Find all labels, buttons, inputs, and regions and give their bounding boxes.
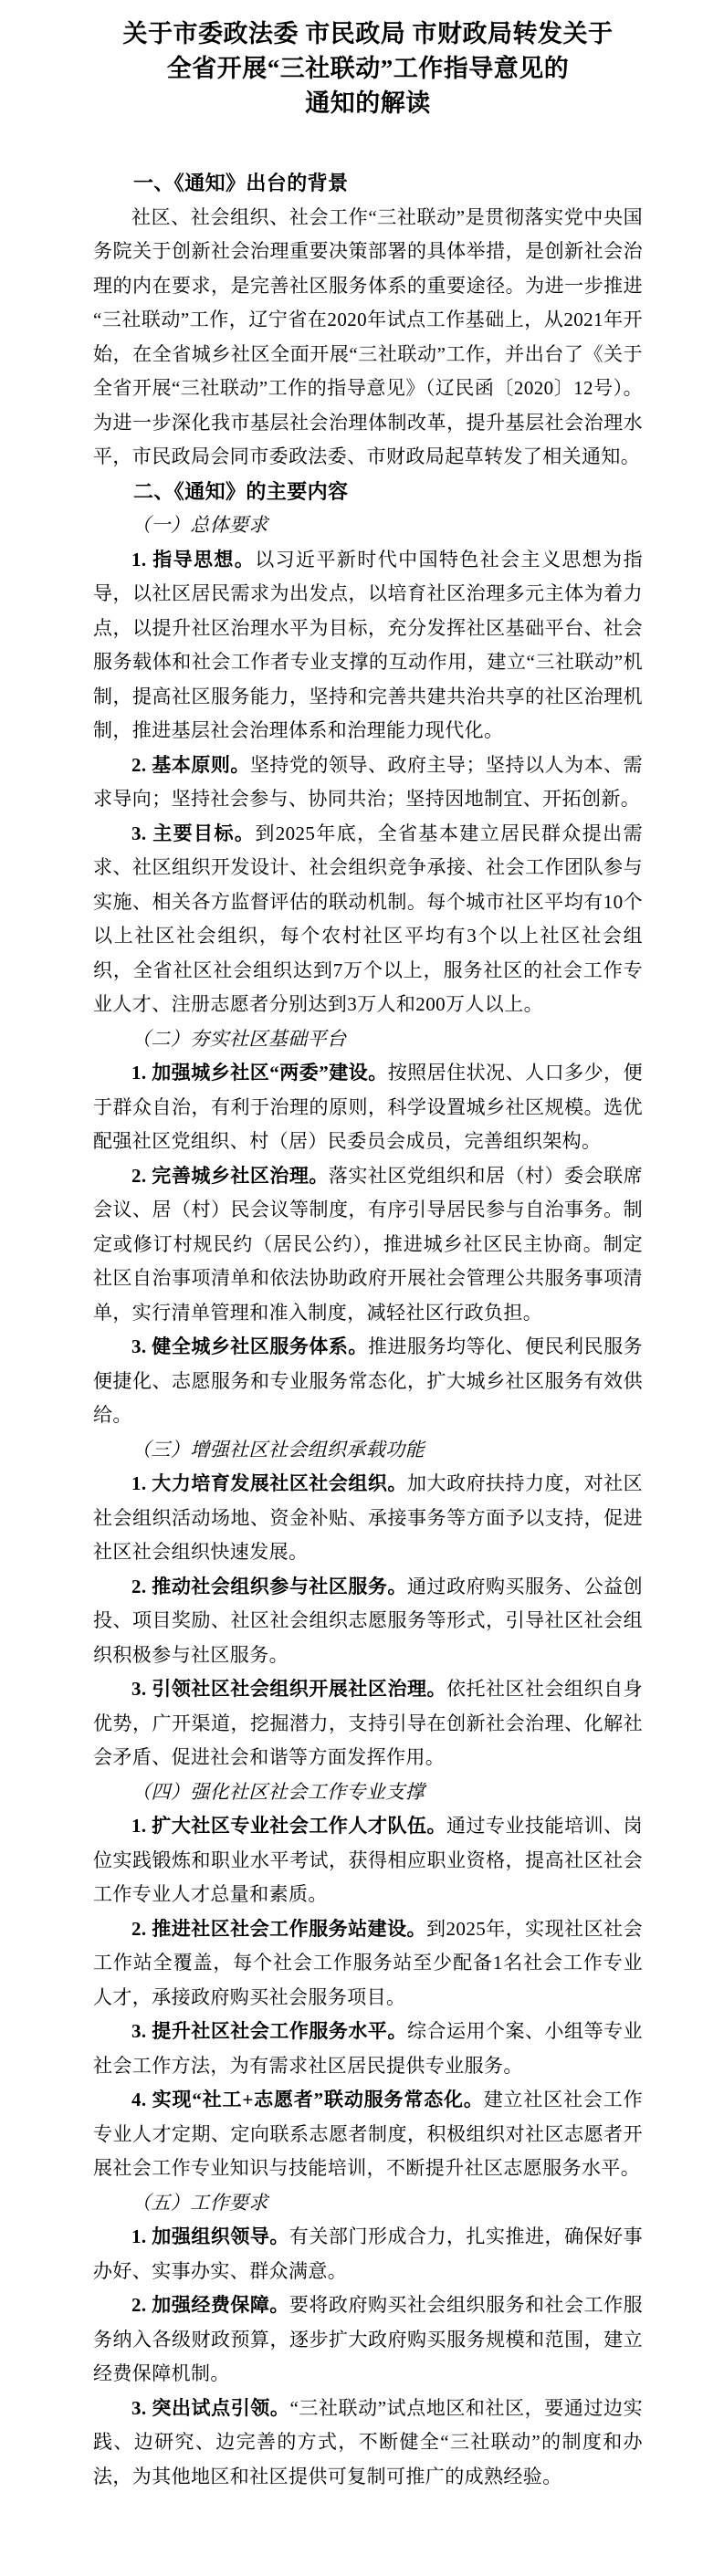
paragraph-lead: 1. 加强组织领导。: [131, 2225, 289, 2247]
paragraph-text: 以习近平新时代中国特色社会主义思想为指导，以社区居民需求为出发点，以培育社区治理…: [93, 549, 643, 742]
paragraph-text: 到2025年底，全省基本建立居民群众提出需求、社区组织开发设计、社会组织竞争承接…: [93, 822, 643, 1016]
background-paragraph: 社区、社会组织、社会工作“三社联动”是贯彻落实党中央国务院关于创新社会治理重要决…: [93, 201, 643, 475]
paragraph-lead: 4. 实现“社工+志愿者”联动服务常态化。: [131, 2089, 484, 2110]
paragraph-lead: 3. 提升社区社会工作服务水平。: [131, 2020, 407, 2042]
title-line-3: 通知的解读: [93, 86, 643, 120]
paragraph-lead: 1. 大力培育发展社区社会组织。: [131, 1472, 407, 1494]
paragraph-lead: 2. 加强经费保障。: [131, 2294, 289, 2316]
paragraph-basic-principles: 2. 基本原则。坚持党的领导、政府主导；坚持以人为本、需求导向；坚持社会参与、协…: [93, 749, 643, 817]
paragraph-lead: 3. 主要目标。: [131, 822, 255, 844]
paragraph-lead: 2. 推进社区社会工作服务站建设。: [131, 1918, 426, 1940]
title-line-1: 关于市委政法委 市民政局 市财政局转发关于: [93, 16, 643, 51]
section-2-heading: 二、《通知》的主要内容: [93, 475, 643, 509]
paragraph-org-governance: 3. 引领社区社会组织开展社区治理。依托社区社会组织自身优势，广开渠道，挖掘潜力…: [93, 1672, 643, 1775]
paragraph-two-committees: 1. 加强城乡社区“两委”建设。按照居住状况、人口多少，便于群众自治，有利于治理…: [93, 1056, 643, 1159]
paragraph-main-goals: 3. 主要目标。到2025年底，全省基本建立居民群众提出需求、社区组织开发设计、…: [93, 817, 643, 1022]
paragraph-talent-team: 1. 扩大社区专业社会工作人才队伍。通过专业技能培训、岗位实践锻炼和职业水平考试…: [93, 1809, 643, 1912]
paragraph-pilot-leading: 3. 突出试点引领。“三社联动”试点地区和社区，要通过边实践、边研究、边完善的方…: [93, 2392, 643, 2495]
paragraph-lead: 1. 加强城乡社区“两委”建设。: [131, 1062, 388, 1084]
subsection-1-heading: （一）总体要求: [93, 508, 643, 543]
paragraph-lead: 2. 基本原则。: [131, 754, 250, 776]
section-1-heading: 一、《通知》出台的背景: [93, 166, 643, 201]
document-title: 关于市委政法委 市民政局 市财政局转发关于 全省开展“三社联动”工作指导意见的 …: [93, 16, 643, 120]
paragraph-lead: 2. 完善城乡社区治理。: [131, 1165, 329, 1187]
subsection-3-heading: （三）增强社区社会组织承载功能: [93, 1433, 643, 1468]
paragraph-service-level: 3. 提升社区社会工作服务水平。综合运用个案、小组等专业社会工作方法，为有需求社…: [93, 2015, 643, 2083]
subsection-2-heading: （二）夯实社区基础平台: [93, 1022, 643, 1057]
subsection-5-heading: （五）工作要求: [93, 2186, 643, 2221]
paragraph-lead: 3. 引领社区社会组织开展社区治理。: [131, 1678, 446, 1700]
paragraph-lead: 3. 突出试点引领。: [131, 2397, 289, 2419]
paragraph-lead: 2. 推动社会组织参与社区服务。: [131, 1576, 407, 1597]
paragraph-cultivate-organizations: 1. 大力培育发展社区社会组织。加大政府扶持力度，对社区社会组织活动场地、资金补…: [93, 1467, 643, 1570]
paragraph-volunteer-linkage: 4. 实现“社工+志愿者”联动服务常态化。建立社区社会工作专业人才定期、定向联系…: [93, 2083, 643, 2186]
paragraph-lead: 3. 健全城乡社区服务体系。: [131, 1335, 368, 1357]
subsection-4-heading: （四）强化社区社会工作专业支撑: [93, 1775, 643, 1810]
paragraph-leadership: 1. 加强组织领导。有关部门形成合力，扎实推进，确保好事办好、实事办实、群众满意…: [93, 2220, 643, 2288]
paragraph-lead: 1. 扩大社区专业社会工作人才队伍。: [131, 1815, 446, 1837]
document-page: 关于市委政法委 市民政局 市财政局转发关于 全省开展“三社联动”工作指导意见的 …: [0, 0, 724, 2576]
paragraph-lead: 1. 指导思想。: [131, 549, 255, 571]
paragraph-service-station: 2. 推进社区社会工作服务站建设。到2025年，实现社区社会工作站全覆盖，每个社…: [93, 1912, 643, 2016]
paragraph-funding: 2. 加强经费保障。要将政府购买社会组织服务和社会工作服务纳入各级财政预算，逐步…: [93, 2288, 643, 2392]
paragraph-service-system: 3. 健全城乡社区服务体系。推进服务均等化、便民利民服务便捷化、志愿服务和专业服…: [93, 1330, 643, 1433]
title-line-2: 全省开展“三社联动”工作指导意见的: [93, 51, 643, 86]
paragraph-org-participation: 2. 推动社会组织参与社区服务。通过政府购买服务、公益创投、项目奖励、社区社会组…: [93, 1570, 643, 1673]
paragraph-text: 落实社区党组织和居（村）委会联席会议、居（村）民会议等制度，有序引导居民参与自治…: [93, 1165, 643, 1324]
paragraph-guiding-ideology: 1. 指导思想。以习近平新时代中国特色社会主义思想为指导，以社区居民需求为出发点…: [93, 543, 643, 749]
paragraph-community-governance: 2. 完善城乡社区治理。落实社区党组织和居（村）委会联席会议、居（村）民会议等制…: [93, 1159, 643, 1331]
